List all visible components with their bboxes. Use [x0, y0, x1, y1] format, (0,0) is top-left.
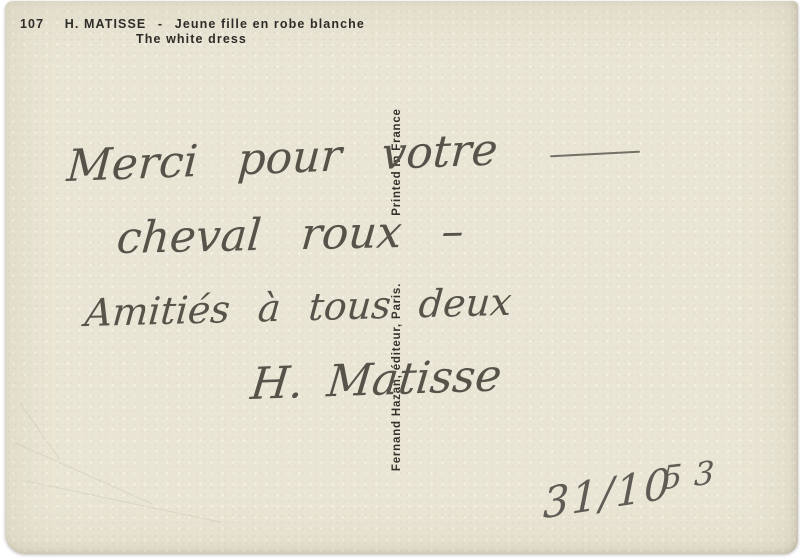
paper-crease — [25, 480, 221, 523]
artist-name: H. MATISSE — [65, 17, 147, 31]
postcard-scan: 107 H. MATISSE - Jeune fille en robe bla… — [0, 0, 800, 558]
paper-crease — [15, 443, 152, 505]
handwritten-line-3: Amitiés à tous deux — [83, 280, 513, 335]
handwritten-t-crossbar-stroke — [550, 151, 640, 158]
handwritten-line-1: Merci pour votre — [65, 124, 499, 192]
printed-caption-line1: 107 H. MATISSE - Jeune fille en robe bla… — [20, 16, 365, 32]
catalog-number: 107 — [20, 17, 44, 31]
handwritten-signature: H. Matisse — [248, 350, 504, 410]
handwritten-year: 53 — [661, 452, 727, 497]
paper-crease — [20, 403, 61, 461]
artwork-title-english: The white dress — [136, 32, 247, 46]
postcard-back: 107 H. MATISSE - Jeune fille en robe bla… — [5, 1, 798, 554]
artwork-title-french: Jeune fille en robe blanche — [175, 17, 365, 31]
caption-separator: - — [158, 17, 163, 31]
handwritten-date: 31/10 — [543, 458, 673, 528]
handwritten-line-2: cheval roux – — [115, 206, 466, 264]
